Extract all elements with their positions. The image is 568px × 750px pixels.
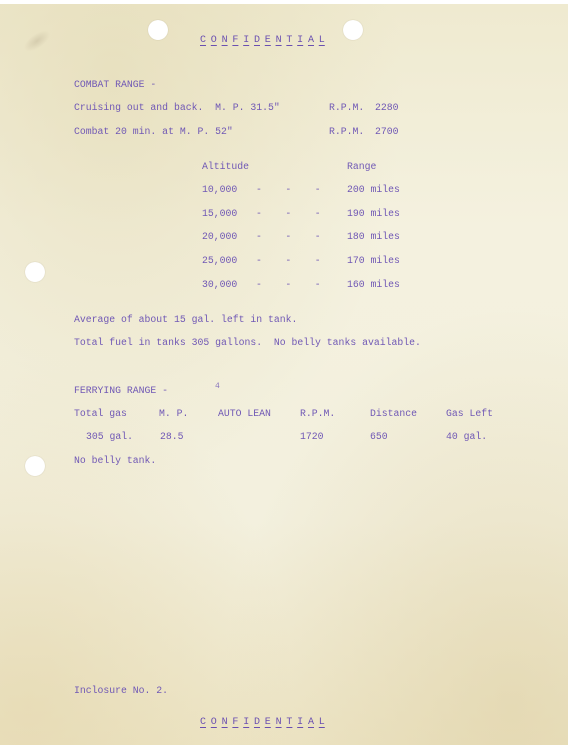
altitude-cell: 25,000	[202, 255, 237, 267]
gas-left-header: Gas Left	[446, 408, 493, 420]
combat-line: Combat 20 min. at M. P. 52"	[74, 126, 233, 138]
combat-rpm-label: R.P.M.	[329, 126, 364, 138]
dashes: - - -	[256, 208, 321, 220]
punch-hole-icon	[25, 456, 45, 476]
confidential-letter: O	[211, 35, 222, 47]
no-belly-tank-note: No belly tank.	[74, 455, 156, 467]
confidential-letter: I	[243, 35, 254, 47]
confidential-letter: C	[200, 35, 211, 47]
confidential-letter: T	[286, 717, 297, 729]
distance-value: 650	[370, 431, 388, 443]
confidential-letter: C	[200, 717, 211, 729]
average-note: Average of about 15 gal. left in tank.	[74, 314, 297, 326]
confidential-letter: T	[286, 35, 297, 47]
altitude-cell: 15,000	[202, 208, 237, 220]
range-cell: 200 miles	[347, 184, 400, 196]
dashes: - - -	[256, 231, 321, 243]
confidential-letter: N	[276, 717, 287, 729]
altitude-cell: 30,000	[202, 279, 237, 291]
confidential-letter: F	[232, 35, 243, 47]
cruising-rpm-label: R.P.M.	[329, 102, 364, 114]
confidential-letter: O	[211, 717, 222, 729]
confidential-letter: N	[222, 35, 233, 47]
punch-hole-icon	[25, 262, 45, 282]
mp-value: 28.5	[160, 431, 184, 443]
punch-hole-icon	[343, 20, 363, 40]
cruising-rpm-value: 2280	[375, 102, 399, 114]
total-gas-value: 305 gal.	[86, 431, 133, 443]
range-cell: 190 miles	[347, 208, 400, 220]
range-cell: 160 miles	[347, 279, 400, 291]
combat-range-heading: COMBAT RANGE -	[74, 79, 156, 91]
distance-header: Distance	[370, 408, 417, 420]
confidential-letter: I	[243, 717, 254, 729]
confidential-letter: F	[232, 717, 243, 729]
confidential-letter: D	[254, 35, 265, 47]
stray-mark: 4	[215, 381, 220, 393]
altitude-header: Altitude	[202, 161, 249, 173]
paper-smudge	[21, 27, 54, 56]
confidential-letter: D	[254, 717, 265, 729]
range-cell: 170 miles	[347, 255, 400, 267]
inclosure-label: Inclosure No. 2.	[74, 685, 168, 697]
ferrying-range-heading: FERRYING RANGE -	[74, 385, 168, 397]
rpm-header: R.P.M.	[300, 408, 335, 420]
gas-left-value: 40 gal.	[446, 431, 487, 443]
confidential-letter: E	[265, 717, 276, 729]
total-gas-header: Total gas	[74, 408, 127, 420]
altitude-cell: 20,000	[202, 231, 237, 243]
confidential-footer: CONFIDENTIAL	[200, 717, 330, 729]
auto-lean-header: AUTO LEAN	[218, 408, 271, 420]
range-header: Range	[347, 161, 376, 173]
confidential-letter: L	[319, 717, 330, 729]
combat-rpm-value: 2700	[375, 126, 399, 138]
document-page	[0, 4, 568, 745]
dashes: - - -	[256, 184, 321, 196]
dashes: - - -	[256, 279, 321, 291]
dashes: - - -	[256, 255, 321, 267]
confidential-letter: N	[222, 717, 233, 729]
confidential-letter: N	[276, 35, 287, 47]
rpm-value: 1720	[300, 431, 324, 443]
mp-header: M. P.	[159, 408, 188, 420]
confidential-letter: L	[319, 35, 330, 47]
range-cell: 180 miles	[347, 231, 400, 243]
confidential-letter: I	[297, 35, 308, 47]
punch-hole-icon	[148, 20, 168, 40]
confidential-header: CONFIDENTIAL	[200, 35, 330, 47]
altitude-cell: 10,000	[202, 184, 237, 196]
confidential-letter: A	[308, 35, 319, 47]
confidential-letter: I	[297, 717, 308, 729]
confidential-letter: A	[308, 717, 319, 729]
cruising-line: Cruising out and back. M. P. 31.5"	[74, 102, 280, 114]
confidential-letter: E	[265, 35, 276, 47]
total-fuel-note: Total fuel in tanks 305 gallons. No bell…	[74, 337, 421, 349]
